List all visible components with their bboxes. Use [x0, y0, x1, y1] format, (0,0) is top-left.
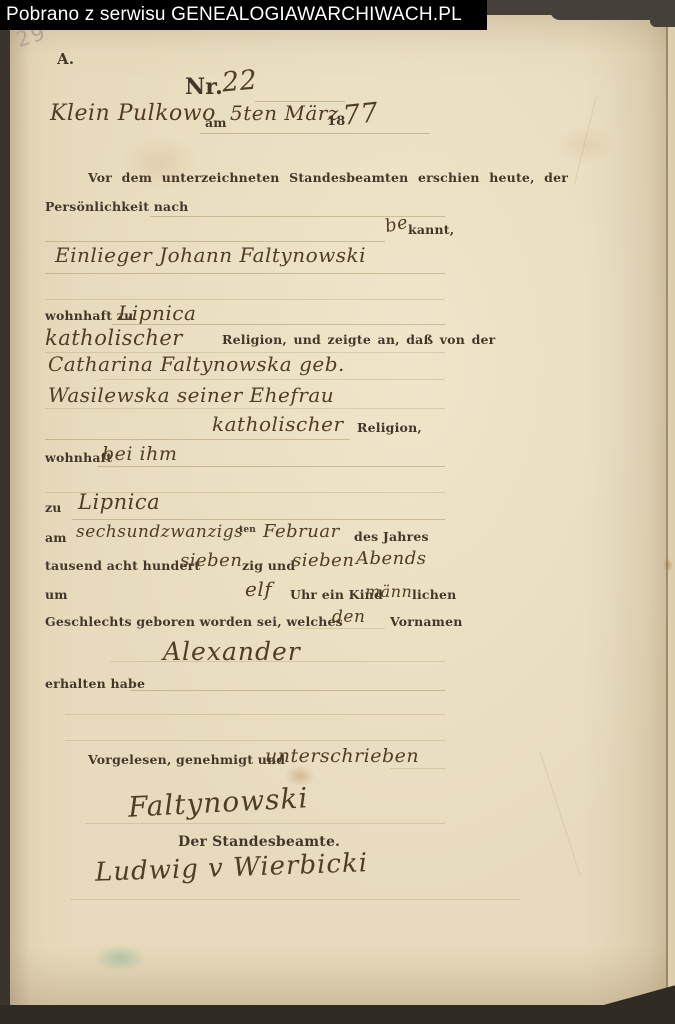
hour-handwritten: elf: [245, 577, 272, 601]
form-rule: [112, 324, 445, 325]
intro-line-1: Vor dem unterzeichneten Standesbeamten e…: [88, 170, 568, 185]
mother-religion-handwritten: katholischer: [212, 412, 344, 436]
form-rule: [72, 519, 445, 520]
registrar-title-printed: Der Standesbeamte.: [178, 834, 340, 850]
ten-printed: ten: [239, 525, 256, 535]
watermark-bar: Pobrano z serwisu GENEALOGIAWARCHIWACH.P…: [0, 0, 487, 30]
intro-line-2: Persönlichkeit nach: [45, 199, 188, 214]
form-rule: [70, 899, 520, 900]
issue-place-handwritten: Klein Pulkowo: [50, 101, 216, 126]
den-handwritten: den: [332, 607, 365, 627]
closing-handwritten: unterschrieben: [265, 745, 419, 767]
mother-name-handwritten: Catharina Faltynowska geb.: [48, 352, 345, 376]
form-rule: [45, 408, 445, 409]
form-rule: [65, 740, 445, 741]
gender-handwritten: männ: [365, 582, 412, 601]
tausend-printed: tausend acht hundert: [45, 558, 200, 573]
form-rule: [295, 628, 385, 629]
form-rule: [45, 273, 445, 274]
issue-day-handwritten: 5ten März: [230, 101, 339, 125]
religion-zeigte-printed: Religion, und zeigte an, daß von der: [222, 332, 495, 347]
form-rule: [200, 133, 430, 134]
year-handwritten: 77: [341, 97, 379, 132]
watermark-text: Pobrano z serwisu GENEALOGIAWARCHIWACH.P…: [0, 4, 462, 26]
declarant-name-handwritten: Einlieger Johann Faltynowski: [55, 243, 366, 267]
form-rule: [390, 768, 445, 769]
am2-printed: am: [45, 530, 67, 545]
scan-top-corner: [650, 0, 675, 27]
next-page-edge: [668, 13, 675, 1005]
mother-maiden-name-handwritten: Wasilewska seiner Ehefrau: [48, 383, 334, 407]
closing-printed: Vorgelesen, genehmigt und: [88, 752, 285, 767]
form-rule: [85, 823, 445, 824]
page-fold-line: [666, 13, 668, 1005]
scan-bottom-edge: [0, 1005, 675, 1024]
des-jahres-printed: des Jahres: [354, 529, 429, 544]
um-printed: um: [45, 587, 68, 602]
lichen-printed: lichen: [412, 587, 456, 602]
form-rule: [65, 714, 445, 715]
am-label: am: [205, 115, 227, 130]
form-rule: [110, 661, 445, 662]
form-rule: [97, 466, 445, 467]
time-of-day-handwritten: Abends: [356, 548, 427, 569]
zig-und-printed: zig und: [242, 558, 295, 573]
form-rule: [100, 379, 445, 380]
declarant-religion-handwritten: katholischer: [45, 326, 183, 350]
vornamen-printed: Vornamen: [390, 614, 463, 629]
zu-printed: zu: [45, 500, 62, 515]
year-decade-handwritten: sieben: [180, 550, 242, 571]
kannt-printed: kannt,: [408, 222, 454, 237]
form-rule: [130, 690, 445, 691]
birth-day-handwritten: sechsundzwanzigs: [76, 522, 243, 542]
birth-month-handwritten: Februar: [263, 521, 340, 542]
form-section-letter: A.: [57, 50, 74, 68]
form-rule: [45, 439, 350, 440]
erhalten-habe-printed: erhalten habe: [45, 676, 145, 691]
declarant-residence-handwritten: Lipnica: [118, 301, 196, 325]
bei-ihm-handwritten: bei ihm: [102, 443, 177, 465]
form-rule: [45, 299, 445, 300]
religion-printed: Religion,: [357, 420, 422, 435]
geschlechts-printed: Geschlechts geboren worden sei, welches: [45, 614, 343, 629]
record-number-label: Nr.: [185, 74, 223, 100]
record-number-value: 22: [221, 65, 259, 99]
year-unit-handwritten: sieben: [292, 550, 354, 571]
form-rule: [45, 241, 385, 242]
birth-place-handwritten: Lipnica: [78, 490, 160, 514]
